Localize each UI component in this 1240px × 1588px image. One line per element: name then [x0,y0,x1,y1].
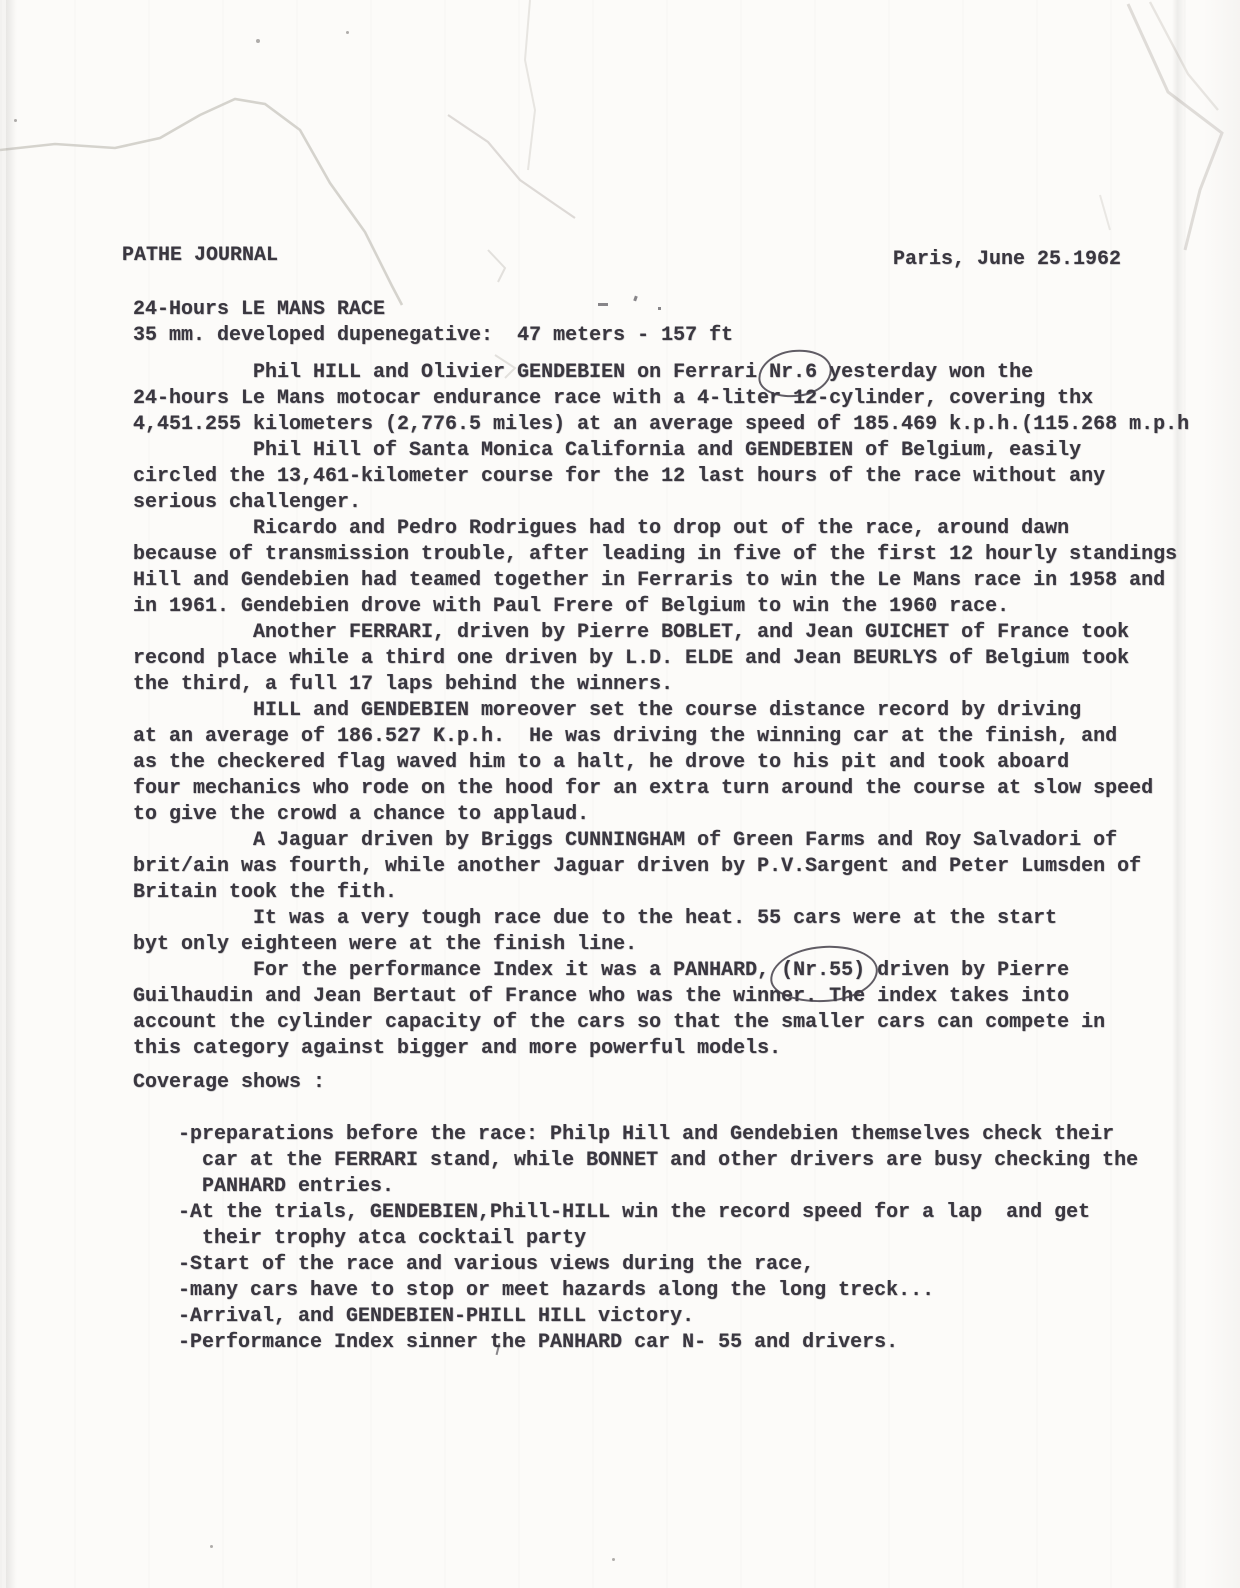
scan-speck [210,1545,213,1548]
text-line: at an average of 186.527 K.p.h. He was d… [133,724,1189,750]
letterhead-title: PATHE JOURNAL [122,243,278,269]
text-line: 24-Hours LE MANS RACE [133,297,733,323]
text-line: circled the 13,461-kilometer course for … [133,464,1189,490]
text-line: byt only eighteen were at the finish lin… [133,932,1189,958]
text-line: because of transmission trouble, after l… [133,542,1189,568]
text-line: PANHARD entries. [178,1174,1138,1200]
text-line: Another FERRARI, driven by Pierre BOBLET… [133,620,1189,646]
subject-block: 24-Hours LE MANS RACE35 mm. developed du… [133,297,733,349]
text-line: For the performance Index it was a PANHA… [133,958,1189,984]
text-line: this category against bigger and more po… [133,1036,1189,1062]
text-line: Britain took the fith. [133,880,1189,906]
scan-streak-left [6,0,16,1588]
text-line: four mechanics who rode on the hood for … [133,776,1189,802]
text-line: 35 mm. developed dupenegative: 47 meters… [133,323,733,349]
body-text: Phil HILL and Olivier GENDEBIEN on Ferra… [133,360,1189,1062]
text-line: -At the trials, GENDEBIEN,Phill-HILL win… [178,1200,1138,1226]
text-line: the third, a full 17 laps behind the win… [133,672,1189,698]
coverage-list: -preparations before the race: Philp Hil… [178,1122,1138,1356]
text-line: Guilhaudin and Jean Bertaut of France wh… [133,984,1189,1010]
text-line: in 1961. Gendebien drove with Paul Frere… [133,594,1189,620]
text-line: brit/ain was fourth, while another Jagua… [133,854,1189,880]
text-line: as the checkered flag waved him to a hal… [133,750,1189,776]
text-line: Ricardo and Pedro Rodrigues had to drop … [133,516,1189,542]
text-line: their trophy atca cocktail party [178,1226,1138,1252]
text-line: -Start of the race and various views dur… [178,1252,1138,1278]
text-line: HILL and GENDEBIEN moreover set the cour… [133,698,1189,724]
text-line: -Performance Index sinner the PANHARD ca… [178,1330,1138,1356]
coverage-heading: Coverage shows : [133,1070,325,1096]
scan-speck [612,1558,615,1561]
text-line: It was a very tough race due to the heat… [133,906,1189,932]
scan-speck [256,39,260,43]
text-line: account the cylinder capacity of the car… [133,1010,1189,1036]
scan-speck [14,119,17,122]
text-line: recond place while a third one driven by… [133,646,1189,672]
text-line: to give the crowd a chance to applaud. [133,802,1189,828]
text-line: 24-hours Le Mans motocar endurance race … [133,386,1189,412]
dateline: Paris, June 25.1962 [893,247,1121,273]
text-line: Phil HILL and Olivier GENDEBIEN on Ferra… [133,360,1189,386]
text-line: 4,451.255 kilometers (2,776.5 miles) at … [133,412,1189,438]
text-line: -Arrival, and GENDEBIEN-PHILL HILL victo… [178,1304,1138,1330]
text-line: car at the FERRARI stand, while BONNET a… [178,1148,1138,1174]
text-line: serious challenger. [133,490,1189,516]
text-line: Hill and Gendebien had teamed together i… [133,568,1189,594]
scanned-press-sheet: PATHE JOURNAL Paris, June 25.1962 24-Hou… [0,0,1240,1588]
text-line: -preparations before the race: Philp Hil… [178,1122,1138,1148]
text-line: -many cars have to stop or meet hazards … [178,1278,1138,1304]
text-line: Phil Hill of Santa Monica California and… [133,438,1189,464]
scan-speck [346,31,349,34]
crease-top-left [0,0,640,420]
text-line: A Jaguar driven by Briggs CUNNINGHAM of … [133,828,1189,854]
